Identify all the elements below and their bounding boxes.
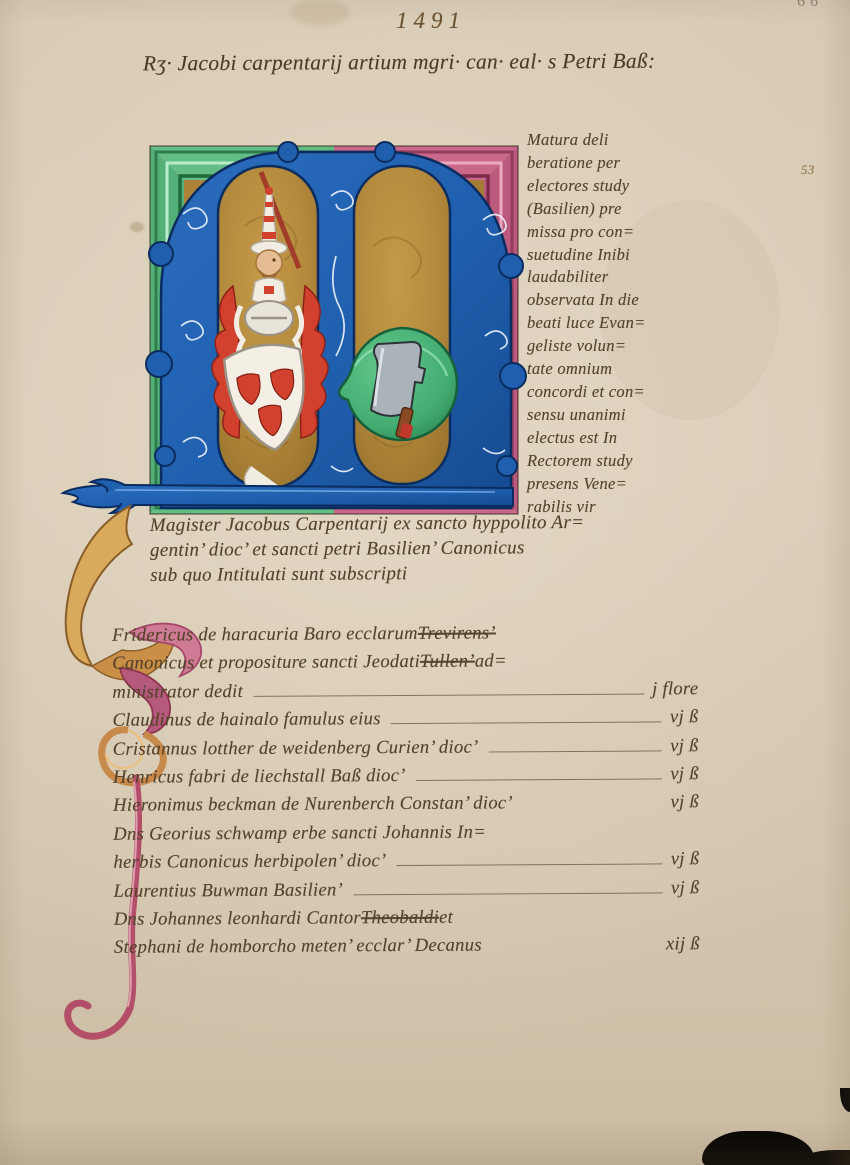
list-row: Dns Johannes leonhardi Cantor Theobaldi … <box>114 902 700 934</box>
text-line: observata In die <box>527 289 707 312</box>
text-line: missa pro con= <box>527 221 707 244</box>
illuminated-initial-M <box>55 136 525 536</box>
text-line: beati luce Evan= <box>527 312 707 335</box>
list-row: herbis Canonicus herbipolen’ dioc’ vj ß <box>113 845 699 877</box>
list-row: ministrator dedit j flore <box>112 675 698 707</box>
row-gap <box>482 950 666 951</box>
fee-amount: vj ß <box>670 760 699 789</box>
row-gap <box>513 808 671 809</box>
struck-word: Trevirens’ <box>418 619 496 648</box>
leader-line <box>391 722 662 725</box>
year-heading: 1491 <box>396 8 466 34</box>
entry-text: Dns Johannes leonhardi Cantor <box>114 904 361 934</box>
entry-text: Canonicus et propositure sancti Jeodati <box>112 648 420 678</box>
list-row: Claudinus de hainalo famulus eius vj ß <box>112 703 698 735</box>
rubric-heading: Rʒ· Jacobi carpentarij artium mgri· can·… <box>143 49 656 77</box>
fee-amount: xij ß <box>666 931 700 960</box>
list-row: Cristannus lotther de weidenberg Curien’… <box>113 732 699 764</box>
text-line: sensu unanimi <box>527 404 707 427</box>
text-line: geliste volun= <box>527 335 707 358</box>
entry-text: Stephani de homborcho meten’ ecclar’ Dec… <box>114 932 482 963</box>
entry-text: Laurentius Buwman Basilien’ <box>114 876 344 906</box>
page-corner-cutout <box>840 1088 850 1112</box>
intitulation-paragraph: Magister Jacobus Carpentarij ex sancto h… <box>150 509 711 588</box>
fee-amount: vj ß <box>671 874 700 903</box>
fee-amount: j flore <box>652 675 699 704</box>
text-line: electus est In <box>527 427 707 450</box>
text-line: Matura deli <box>527 129 707 152</box>
struck-word: Theobaldi <box>361 904 439 933</box>
manuscript-page: 1491 66 Rʒ· Jacobi carpentarij artium mg… <box>0 0 850 1165</box>
entry-text: et <box>439 904 453 932</box>
list-row: Canonicus et propositure sancti Jeodati … <box>112 647 698 679</box>
text-line: laudabiliter <box>527 266 707 289</box>
leader-line <box>397 864 663 867</box>
list-row: Dns Georius schwamp erbe sancti Johannis… <box>113 817 699 849</box>
text-line: beratione per <box>527 152 707 175</box>
list-row: Hieronimus beckman de Nurenberch Constan… <box>113 789 699 821</box>
entry-text: herbis Canonicus herbipolen’ dioc’ <box>113 847 386 877</box>
text-line: tate omnium <box>527 358 707 381</box>
parchment-stain <box>290 0 350 26</box>
list-row: Laurentius Buwman Basilien’ vj ß <box>114 874 700 906</box>
text-line: presens Vene= <box>527 473 707 496</box>
struck-word: Tullen’ <box>420 648 475 677</box>
fee-amount: vj ß <box>670 703 699 732</box>
entry-text: Hieronimus beckman de Nurenberch Constan… <box>113 790 513 821</box>
list-row: Stephani de homborcho meten’ ecclar’ Dec… <box>114 931 700 963</box>
leader-line <box>416 778 663 781</box>
entry-text: Cristannus lotther de weidenberg Curien’… <box>113 733 479 764</box>
text-line: gentin’ dioc’ et sancti petri Basilien’ … <box>150 534 710 563</box>
matriculation-list: Fridericus de haracuria Baro ecclarum Tr… <box>112 618 700 962</box>
entry-text: Henricus fabri de liechstall Baß dioc’ <box>113 762 406 792</box>
entry-text: ministrator dedit <box>112 678 243 707</box>
fee-amount: vj ß <box>671 845 700 874</box>
list-row: Henricus fabri de liechstall Baß dioc’ v… <box>113 760 699 792</box>
letter-body <box>146 142 526 508</box>
entry-text: Dns Georius schwamp erbe sancti Johannis… <box>113 818 486 849</box>
text-line: (Basilien) pre <box>527 198 707 221</box>
text-line: Rectorem study <box>527 450 707 473</box>
entry-text: Fridericus de haracuria Baro ecclarum <box>112 620 418 650</box>
fee-amount: vj ß <box>670 732 699 761</box>
entry-text: ad= <box>475 648 507 677</box>
list-row: Fridericus de haracuria Baro ecclarum Tr… <box>112 618 698 650</box>
entry-text: Claudinus de hainalo famulus eius <box>112 705 380 735</box>
fee-amount: vj ß <box>670 789 699 818</box>
leader-line <box>489 750 663 752</box>
text-line: electores study <box>527 175 707 198</box>
pencil-folio-number: 66 <box>797 0 823 11</box>
ink-folio-number: 53 <box>801 162 815 178</box>
leader-line <box>353 892 663 895</box>
text-line: concordi et con= <box>527 381 707 404</box>
right-text-column: Matura deli beratione per electores stud… <box>527 129 707 518</box>
text-line: suetudine Inibi <box>527 244 707 267</box>
leader-line <box>253 693 644 696</box>
text-line: Magister Jacobus Carpentarij ex sancto h… <box>150 509 710 538</box>
text-line: sub quo Intitulati sunt subscripti <box>150 559 710 588</box>
